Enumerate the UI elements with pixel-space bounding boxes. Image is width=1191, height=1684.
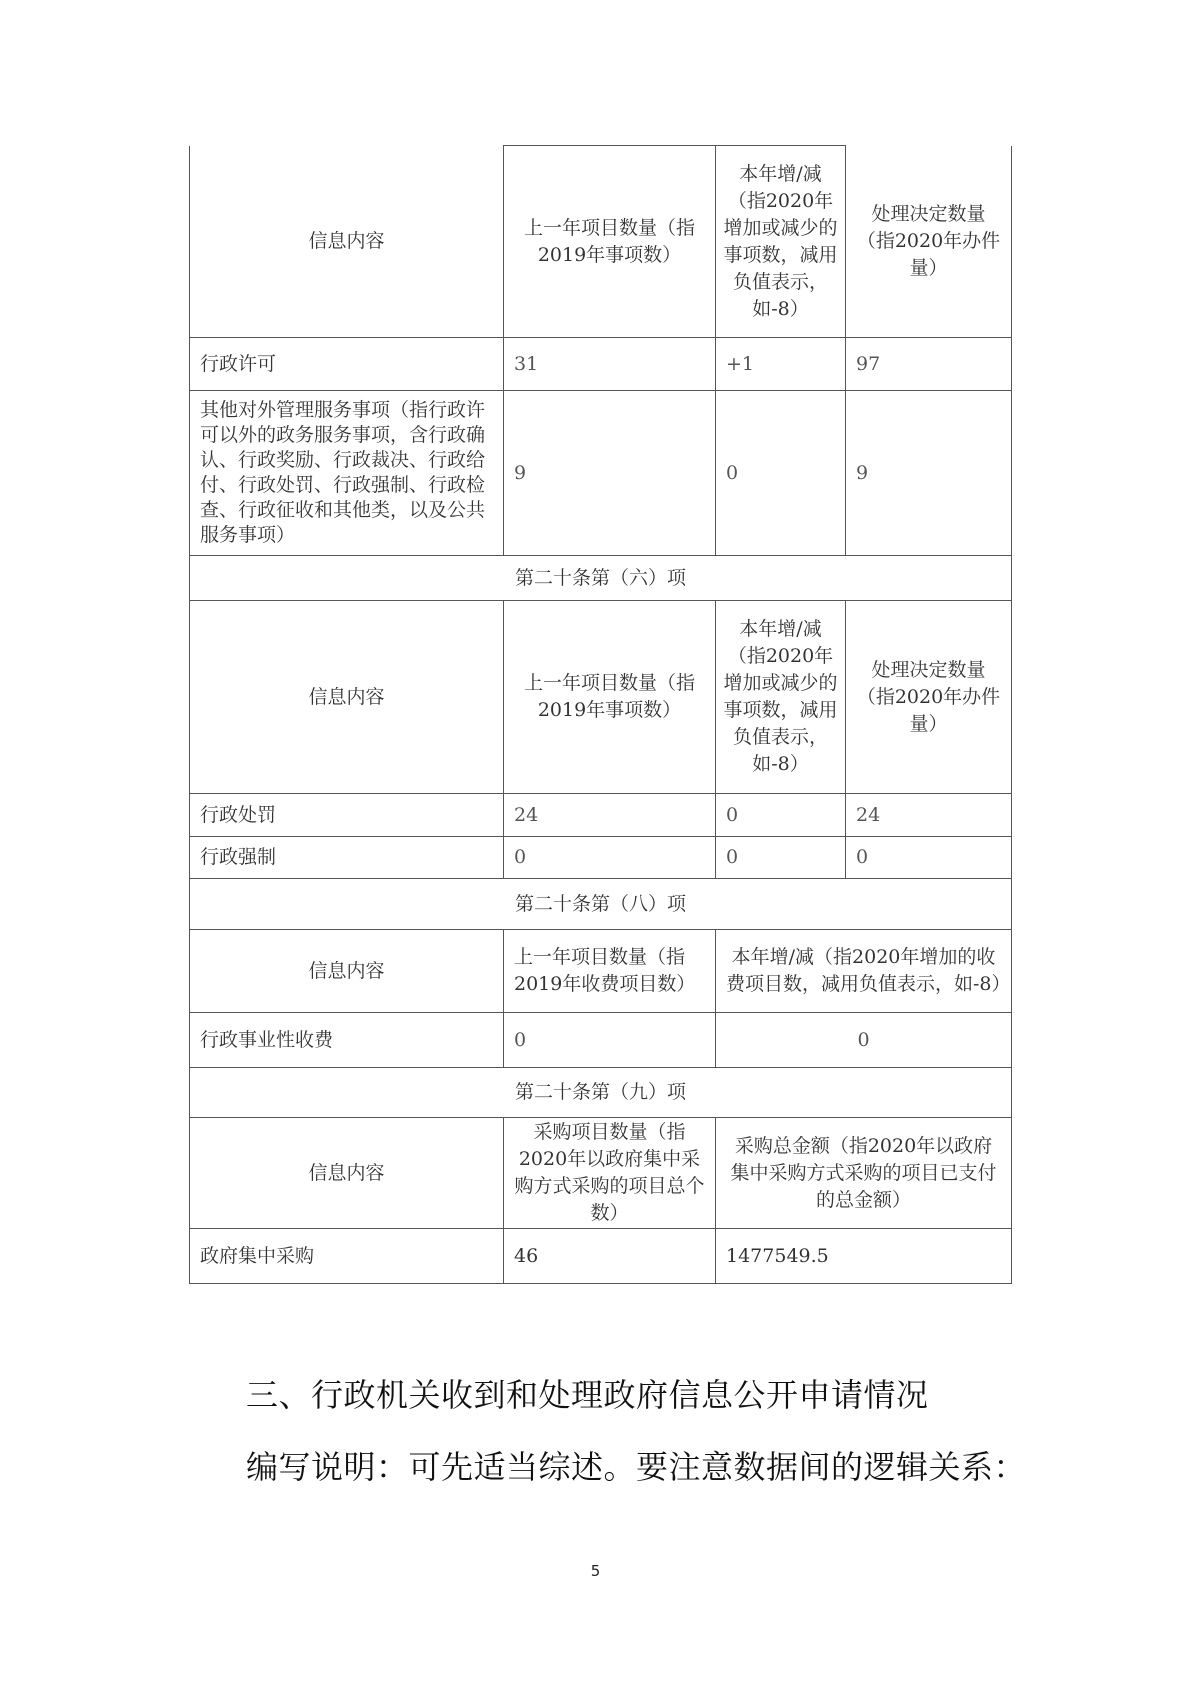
- row-label: 行政处罚: [190, 794, 504, 837]
- cell-change: 0: [716, 1013, 1012, 1068]
- header-decisions: 处理决定数量（指2020年办件量）: [846, 601, 1012, 794]
- cell-prev-year: 24: [504, 794, 716, 837]
- section-title: 第二十条第（六）项: [190, 556, 1012, 601]
- section-row: 第二十条第（八）项: [190, 879, 1012, 930]
- section-title: 第二十条第（九）项: [190, 1068, 1012, 1118]
- table-header-row: 信息内容 上一年项目数量（指2019年收费项目数） 本年增/减（指2020年增加…: [190, 930, 1012, 1013]
- disclosure-table: 信息内容 上一年项目数量（指2019年事项数） 本年增/减（指2020年增加或减…: [189, 145, 1012, 1284]
- header-change: 本年增/减（指2020年增加或减少的事项数，减用负值表示，如-8）: [716, 601, 846, 794]
- section-row: 第二十条第（九）项: [190, 1068, 1012, 1118]
- header-info: 信息内容: [190, 146, 504, 338]
- section-title: 第二十条第（八）项: [190, 879, 1012, 930]
- row-label: 行政强制: [190, 837, 504, 879]
- header-change: 本年增/减（指2020年增加或减少的事项数，减用负值表示，如-8）: [716, 146, 846, 338]
- table-header-row: 信息内容 上一年项目数量（指2019年事项数） 本年增/减（指2020年增加或减…: [190, 146, 1012, 338]
- table-row: 行政许可 31 +1 97: [190, 338, 1012, 391]
- page-number: 5: [0, 1562, 1191, 1580]
- cell-change: +1: [716, 338, 846, 391]
- cell-prev-year: 31: [504, 338, 716, 391]
- cell-decisions: 9: [846, 391, 1012, 556]
- row-label: 行政许可: [190, 338, 504, 391]
- header-change: 本年增/减（指2020年增加的收费项目数，减用负值表示，如-8）: [716, 930, 1012, 1013]
- cell-count: 46: [504, 1229, 716, 1284]
- header-count: 采购项目数量（指2020年以政府集中采购方式采购的项目总个数）: [504, 1118, 716, 1229]
- cell-decisions: 97: [846, 338, 1012, 391]
- header-info: 信息内容: [190, 1118, 504, 1229]
- cell-change: 0: [716, 794, 846, 837]
- header-prev-year: 上一年项目数量（指2019年收费项目数）: [504, 930, 716, 1013]
- cell-change: 0: [716, 837, 846, 879]
- table-row: 行政强制 0 0 0: [190, 837, 1012, 879]
- cell-prev-year: 0: [504, 837, 716, 879]
- section-row: 第二十条第（六）项: [190, 556, 1012, 601]
- table-row: 行政事业性收费 0 0: [190, 1013, 1012, 1068]
- cell-decisions: 24: [846, 794, 1012, 837]
- cell-prev-year: 0: [504, 1013, 716, 1068]
- table-header-row: 信息内容 上一年项目数量（指2019年事项数） 本年增/减（指2020年增加或减…: [190, 601, 1012, 794]
- header-amount: 采购总金额（指2020年以政府集中采购方式采购的项目已支付的总金额）: [716, 1118, 1012, 1229]
- header-info: 信息内容: [190, 930, 504, 1013]
- header-decisions: 处理决定数量（指2020年办件量）: [846, 146, 1012, 338]
- section-heading: 三、行政机关收到和处理政府信息公开申请情况: [246, 1370, 929, 1416]
- cell-amount: 1477549.5: [716, 1229, 1012, 1284]
- row-label: 政府集中采购: [190, 1229, 504, 1284]
- row-label: 行政事业性收费: [190, 1013, 504, 1068]
- writing-note: 编写说明：可先适当综述。要注意数据间的逻辑关系：: [246, 1442, 1026, 1488]
- table-row: 行政处罚 24 0 24: [190, 794, 1012, 837]
- cell-decisions: 0: [846, 837, 1012, 879]
- table-row: 政府集中采购 46 1477549.5: [190, 1229, 1012, 1284]
- header-info: 信息内容: [190, 601, 504, 794]
- table-row: 其他对外管理服务事项（指行政许可以外的政务服务事项，含行政确认、行政奖励、行政裁…: [190, 391, 1012, 556]
- cell-prev-year: 9: [504, 391, 716, 556]
- row-label: 其他对外管理服务事项（指行政许可以外的政务服务事项，含行政确认、行政奖励、行政裁…: [190, 391, 504, 556]
- cell-change: 0: [716, 391, 846, 556]
- table-header-row: 信息内容 采购项目数量（指2020年以政府集中采购方式采购的项目总个数） 采购总…: [190, 1118, 1012, 1229]
- header-prev-year: 上一年项目数量（指2019年事项数）: [504, 601, 716, 794]
- header-prev-year: 上一年项目数量（指2019年事项数）: [504, 146, 716, 338]
